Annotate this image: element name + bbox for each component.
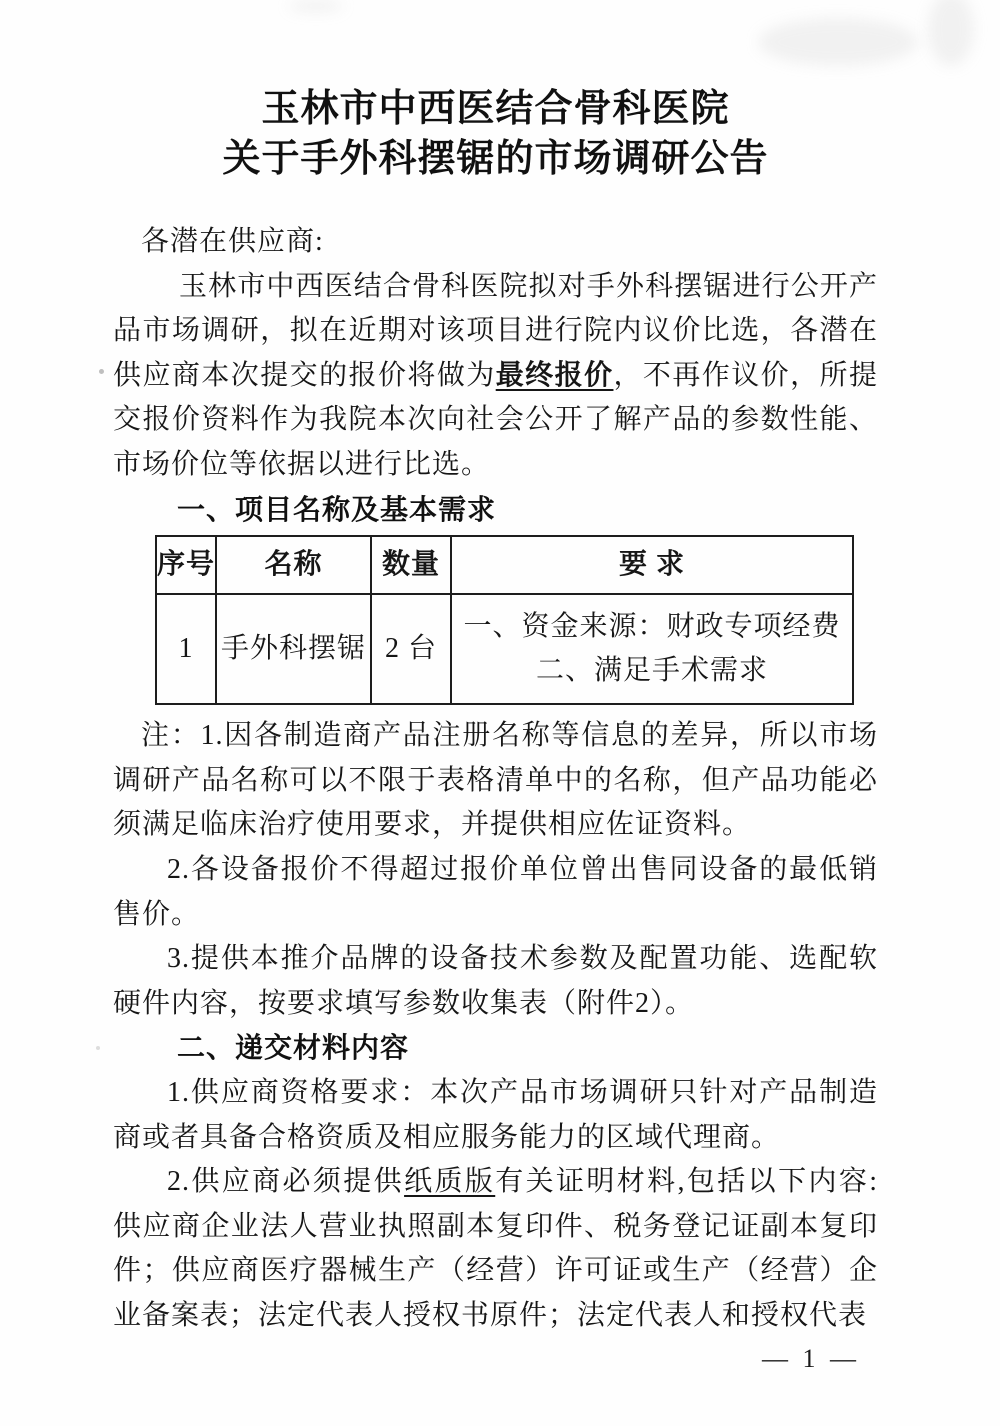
title-line-1: 玉林市中西医结合骨科医院 (113, 84, 878, 134)
requirement-line-2: 二、满足手术需求 (452, 649, 852, 693)
final-price-emphasis: 最终报价 (496, 360, 614, 391)
scan-artifact (99, 369, 104, 374)
para2-text-pre: 2.供应商必须提供 (167, 1166, 404, 1197)
scan-artifact (96, 1046, 100, 1050)
document-text: 各潜在供应商: 玉林市中西医结合骨科医院拟对手外科摆锯进行公开产品市场调研，拟在… (113, 220, 878, 1338)
cell-number: 1 (156, 594, 216, 704)
note-paragraph-1: 注：1.因各制造商产品注册名称等信息的差异，所以市场调研产品名称可以不限于表格清… (113, 714, 878, 848)
section2-paragraph-2: 2.供应商必须提供纸质版有关证明材料,包括以下内容: 供应商企业法人营业执照副本… (113, 1160, 878, 1338)
cell-requirements: 一、资金来源：财政专项经费 二、满足手术需求 (451, 594, 853, 704)
note-paragraph-3: 3.提供本推介品牌的设备技术参数及配置功能、选配软硬件内容，按要求填写参数收集表… (113, 937, 878, 1026)
page-number: — 1 — (762, 1344, 860, 1374)
table-row: 1 手外科摆锯 2 台 一、资金来源：财政专项经费 二、满足手术需求 (156, 594, 853, 704)
section1-heading: 一、项目名称及基本需求 (113, 488, 878, 533)
intro-paragraph: 玉林市中西医结合骨科医院拟对手外科摆锯进行公开产品市场调研，拟在近期对该项目进行… (113, 265, 878, 488)
cell-name: 手外科摆锯 (216, 594, 371, 704)
table-header-row: 序号 名称 数量 要 求 (156, 536, 853, 594)
scan-artifact (928, 0, 974, 66)
section2-heading: 二、递交材料内容 (113, 1026, 878, 1071)
salutation: 各潜在供应商: (113, 220, 878, 265)
document-body: 玉林市中西医结合骨科医院 关于手外科摆锯的市场调研公告 各潜在供应商: 玉林市中… (113, 0, 878, 1338)
title-line-2: 关于手外科摆锯的市场调研公告 (113, 134, 878, 184)
column-header-quantity: 数量 (371, 536, 451, 594)
scanned-document-page: 玉林市中西医结合骨科医院 关于手外科摆锯的市场调研公告 各潜在供应商: 玉林市中… (0, 0, 1000, 1426)
cell-quantity: 2 台 (371, 594, 451, 704)
requirement-line-1: 一、资金来源：财政专项经费 (452, 605, 852, 649)
section2-paragraph-1: 1.供应商资格要求：本次产品市场调研只针对产品制造商或者具备合格资质及相应服务能… (113, 1071, 878, 1160)
document-title: 玉林市中西医结合骨科医院 关于手外科摆锯的市场调研公告 (113, 84, 878, 184)
note-paragraph-2: 2.各设备报价不得超过报价单位曾出售同设备的最低销售价。 (113, 848, 878, 937)
paper-version-emphasis: 纸质版 (404, 1166, 495, 1197)
column-header-number: 序号 (156, 536, 216, 594)
requirements-table: 序号 名称 数量 要 求 1 手外科摆锯 2 台 一、资金来源：财政专项经费 二… (155, 535, 854, 705)
column-header-name: 名称 (216, 536, 371, 594)
column-header-requirements: 要 求 (451, 536, 853, 594)
